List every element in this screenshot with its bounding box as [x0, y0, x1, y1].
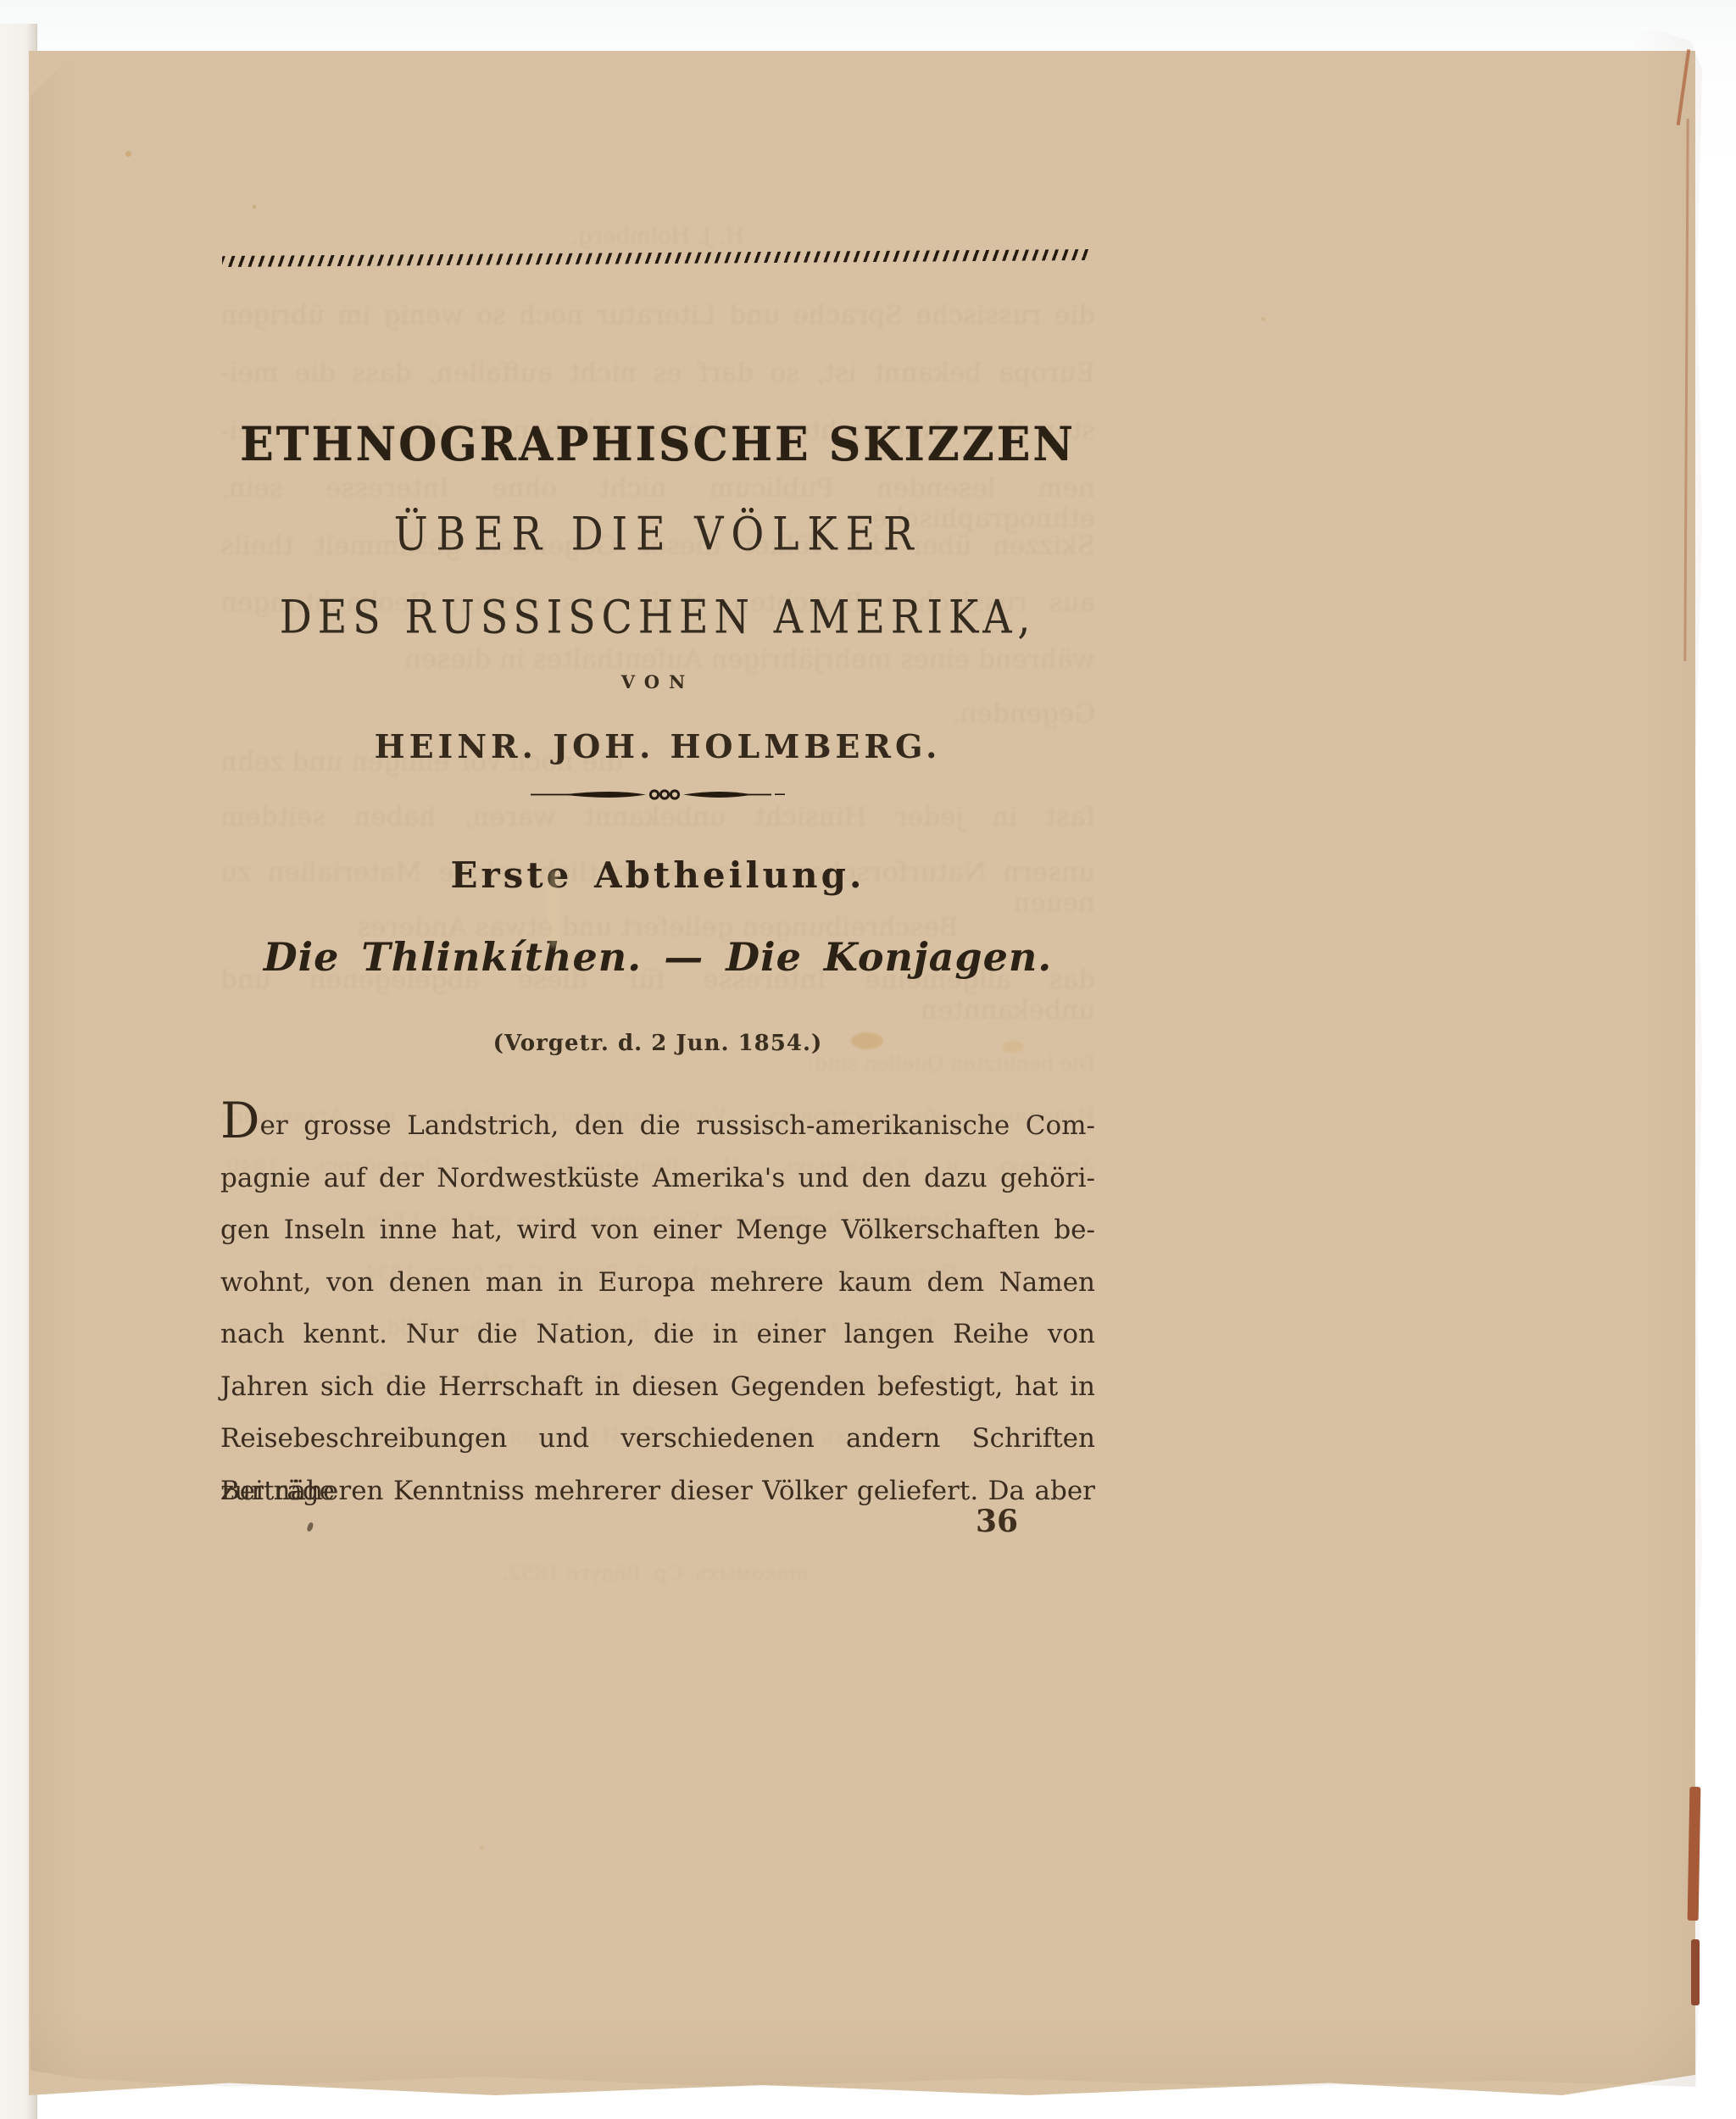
spindle-divider-ornament — [149, 787, 1166, 807]
body-line: Der grosse Landstrich, den die russisch-… — [220, 1100, 1095, 1153]
main-title-line3: DES RUSSISCHEN AMERIKA, — [164, 591, 1151, 644]
showthrough-line: Europa bekannt ist, so darf es nicht auf… — [220, 358, 1095, 388]
body-line: nach kennt. Nur die Nation, die in einer… — [220, 1309, 1095, 1361]
showthrough-line: знакомыхъ. Ср. Вёдуге 1852. — [220, 1561, 1095, 1585]
main-title-line2: ÜBER DIE VÖLKER — [164, 508, 1151, 561]
showthrough-line: während eines mehrjährigen Aufenthaltes … — [220, 644, 1095, 675]
body-line: Jahren sich die Herrschaft in diesen Geg… — [220, 1361, 1095, 1414]
body-line: wohnt, von denen man in Europa mehrere k… — [220, 1257, 1095, 1310]
fore-edge-marbling — [1688, 1787, 1701, 1921]
showthrough-line: Gegenden. — [220, 698, 1095, 729]
divider-ornament-icon — [531, 787, 785, 804]
author-name: HEINR. JOH. HOLMBERG. — [149, 727, 1166, 765]
showthrough-running-header: H. J. Holmberg. — [403, 224, 912, 249]
drop-cap: D — [220, 1092, 260, 1149]
body-line: Reisebeschreibungen und verschiedenen an… — [220, 1413, 1095, 1466]
body-paragraph: Der grosse Landstrich, den die russisch-… — [220, 1100, 1095, 1517]
paper-speck — [1261, 317, 1266, 321]
signature-number: 36 — [959, 1504, 1035, 1539]
body-line: gen Inseln inne hat, wird von einer Meng… — [220, 1204, 1095, 1257]
title-page: H. J. Holmberg. die russische Sprache un… — [31, 31, 1702, 2087]
section-subtitle: Die Thlinkíthen. — Die Konjagen. — [149, 934, 1166, 980]
fore-edge-marbling — [1691, 1939, 1700, 2005]
ink-fleck — [306, 1521, 314, 1532]
paper-speck — [480, 1846, 484, 1850]
showthrough-line: die russische Sprache und Literatur noch… — [220, 300, 1095, 331]
main-title-line1: ETHNOGRAPHISCHE SKIZZEN — [149, 417, 1166, 472]
body-line-text: er grosse Landstrich, den die russisch-a… — [260, 1110, 1095, 1141]
paper-speck — [253, 205, 256, 209]
zigzag-rule-ornament — [222, 249, 1092, 267]
section-heading: Erste Abtheilung. — [149, 854, 1166, 896]
body-line: pagnie auf der Nordwestküste Amerika's u… — [220, 1153, 1095, 1205]
scanned-book-photo: H. J. Holmberg. die russische Sprache un… — [0, 0, 1736, 2119]
paper-speck — [125, 151, 131, 157]
presentation-date-note: (Vorgetr. d. 2 Jun. 1854.) — [149, 1031, 1166, 1056]
byline-von: VON — [149, 671, 1166, 692]
